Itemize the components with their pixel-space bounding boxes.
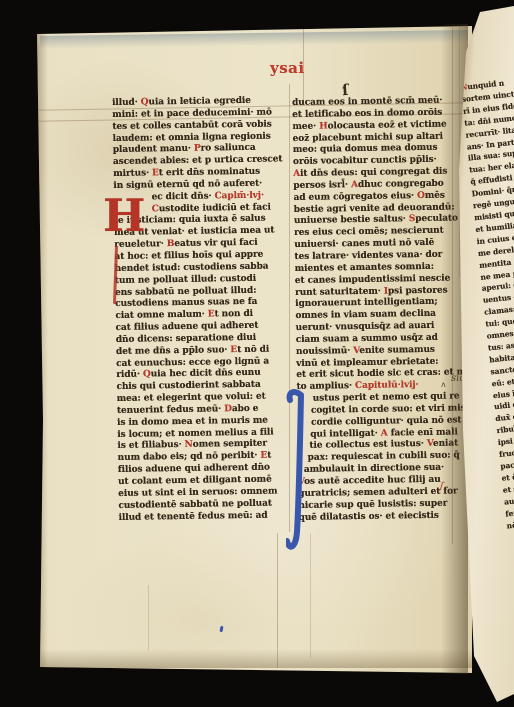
text-segment: ec dicit dn̄s·: [151, 191, 214, 202]
text-segment: pax: requiescat in cubili suo: q̄: [308, 451, 460, 463]
text-segment: illud et tenentē fedus meū: ad: [119, 510, 268, 522]
text-segment: et letificabo eos in domo orōis: [292, 107, 442, 119]
text-segment: Caplm̄·lvj·: [214, 190, 264, 201]
text-segment: mientes et amantes somnia:: [295, 262, 434, 274]
text-segment: eatus vir qui faci: [174, 238, 257, 249]
ruling-line: [148, 585, 149, 650]
text-segment: guratricis; semen adulteri et for: [298, 486, 458, 499]
text-segment: dn̄o dicens: separatione diui: [116, 333, 256, 345]
text-segment: quē dilatastis os· et eiecistis: [299, 510, 439, 522]
text-segment: num dabo eis; qd nō peribit·: [118, 451, 261, 463]
text-segment: os autē accedite huc filij au: [304, 475, 441, 487]
text-segment: tes et colles cantabūt corā vobis: [112, 119, 271, 131]
manuscript-page: ysai illud· Quia in leticia egrediemini:…: [0, 0, 514, 707]
text-segment: ignorauerunt intelligentiam;: [295, 297, 437, 309]
text-segment: det me dn̄s a pp̄lo suo·: [116, 345, 231, 357]
text-segment: persos isrl̄·: [293, 180, 351, 191]
text-segment: mee·: [292, 121, 319, 131]
text-segment: ridū·: [116, 370, 143, 380]
text-segment: uia hec dicit dn̄s eunu: [151, 368, 261, 380]
text-segment: tes latrare· videntes vana· dor: [294, 250, 442, 262]
text-segment: t non di: [214, 309, 253, 320]
text-segment: ascendet abies: et p urtica crescet: [113, 155, 283, 168]
page-left-edge: [37, 34, 48, 667]
text-segment: ens sabbatū ne polluat illud:: [115, 285, 256, 297]
running-header: ysai: [270, 59, 305, 77]
text-segment: ambulauit in directione sua·: [304, 463, 444, 475]
quire-mark: [220, 626, 224, 632]
text-segment: uerunt· vnusquisq̄z ad auari: [296, 321, 435, 333]
text-segment: is in domo mea et in muris me: [117, 415, 268, 427]
page-bottom-edge: [38, 649, 472, 668]
text-segment: tie collectus est iustus·: [309, 439, 427, 451]
text-segment: Capitulū·lvij·: [355, 380, 419, 391]
ruling-line: [277, 533, 278, 668]
text-segment: ad eum cōgregatos eius·: [293, 191, 417, 203]
text-segment: mirtus·: [113, 168, 152, 179]
text-segment: ciam suam a summo usq̄z ad: [296, 333, 438, 345]
text-segment: et canes impudentissimi nescie: [295, 273, 450, 285]
text-segment: custodientē sabbatū ne polluat: [118, 498, 272, 510]
text-segment: eius ut sint ei in seruos: omnem: [118, 486, 277, 498]
text-segment: cordie colliguntur· quia nō est: [311, 415, 462, 427]
text-segment: qui intelligat·: [310, 428, 381, 439]
text-segment: orōis vocabitur cunctis pp̄lis·: [293, 155, 437, 167]
text-segment: uia in leticia egredie: [148, 96, 250, 108]
text-segment: enite sumamus: [359, 345, 435, 356]
text-segment: B: [167, 239, 175, 249]
text-line: illud et tenentē fedus meū: ad: [119, 510, 298, 525]
text-segment: omnes in viam suam declina: [295, 309, 436, 321]
text-segment: laudem: et omnia ligna regionis: [113, 131, 271, 143]
text-segment: mea: et elegerint que volui: et: [117, 392, 266, 404]
ascender-flourish: ſ: [341, 81, 349, 99]
text-segment: ro saliunca: [201, 143, 256, 154]
text-segment: at hoc: et filius hoīs qui appre: [114, 250, 263, 262]
text-segment: hendet istud: custodiens sabba: [115, 261, 269, 273]
text-segment: it dn̄s deus: qui congregat dis: [300, 167, 447, 179]
text-segment: mini: et in pace deducemini· mō: [112, 107, 272, 120]
text-segment: uniuerse bestie saltus·: [294, 215, 409, 227]
text-segment: plaudent manu·: [113, 144, 194, 155]
text-segment: omen sempiter: [193, 439, 267, 450]
text-segment: is et filiabus·: [117, 440, 184, 451]
text-segment: is locum; et nomen melius a fili: [117, 427, 273, 439]
text-segment: H: [319, 121, 328, 131]
text-segment: vinū et impleamur ebrietate:: [296, 356, 438, 368]
text-segment: olocausta eoz̄ et victime: [328, 119, 447, 131]
text-segment: t: [267, 451, 271, 461]
text-segment: eoz̄ placebunt michi sup altari: [293, 131, 443, 143]
text-segment: t erit dn̄s nominatus: [159, 167, 260, 179]
text-segment: D: [224, 404, 232, 414]
text-segment: chis qui custodierint sabbata: [116, 380, 260, 392]
text-segment: cat eunuchus: ecce ego lignū a: [116, 356, 269, 368]
chapter-initial-H: H: [103, 192, 146, 240]
text-segment: abo e: [232, 404, 259, 414]
text-segment: tum ne polluat illud: custodi: [115, 273, 256, 285]
text-segment: bestie agri venite ad deuorandū:: [294, 202, 455, 215]
text-segment: uniuersi· canes muti nō valē: [294, 238, 434, 250]
text-segment: dux̄ eū:: [495, 411, 514, 423]
chapter-initial-I: [286, 386, 308, 554]
text-segment: nicarie sup quē lusistis: super: [298, 498, 447, 510]
text-segment: tenuerint fedus meū·: [117, 404, 224, 416]
text-segment: psi pastores: [388, 285, 448, 296]
text-segment: ut colant eum et diligant nomē: [118, 475, 272, 487]
text-segment: cat filius aduene qui adheret: [116, 321, 259, 333]
page-top-edge: [40, 30, 468, 49]
text-segment: custodiens manus suas ne fa: [115, 297, 257, 309]
facing-page-text: Nunquid nsortem uinctarī in eius fideta:…: [460, 74, 514, 532]
text-segment: runt saturitatem·: [295, 286, 384, 297]
text-segment: ustus perit et nemo est qui re: [313, 391, 460, 403]
text-segment: nouissimū·: [296, 346, 353, 357]
text-segment: ducam eos in montē scm̄ meū·: [292, 96, 442, 108]
text-segment: filios aduene qui adherent dn̄o: [118, 463, 270, 475]
text-segment: ciat omne malum·: [115, 310, 208, 321]
text-segment: illud·: [112, 98, 141, 108]
text-column-left: illud· Quia in leticia egrediemini: et i…: [112, 95, 298, 524]
text-segment: t nō di: [237, 344, 269, 355]
text-segment: res eius ceci omēs; nescierunt: [294, 226, 444, 238]
ruling-line: [310, 533, 311, 658]
text-segment: ustodite iudiciū et faci: [159, 202, 271, 214]
manuscript-photo: ysai illud· Quia in leticia egrediemini:…: [0, 0, 514, 707]
text-segment: meo: quia domus mea domus: [293, 143, 438, 155]
text-segment: dhuc congregabo: [358, 179, 444, 190]
